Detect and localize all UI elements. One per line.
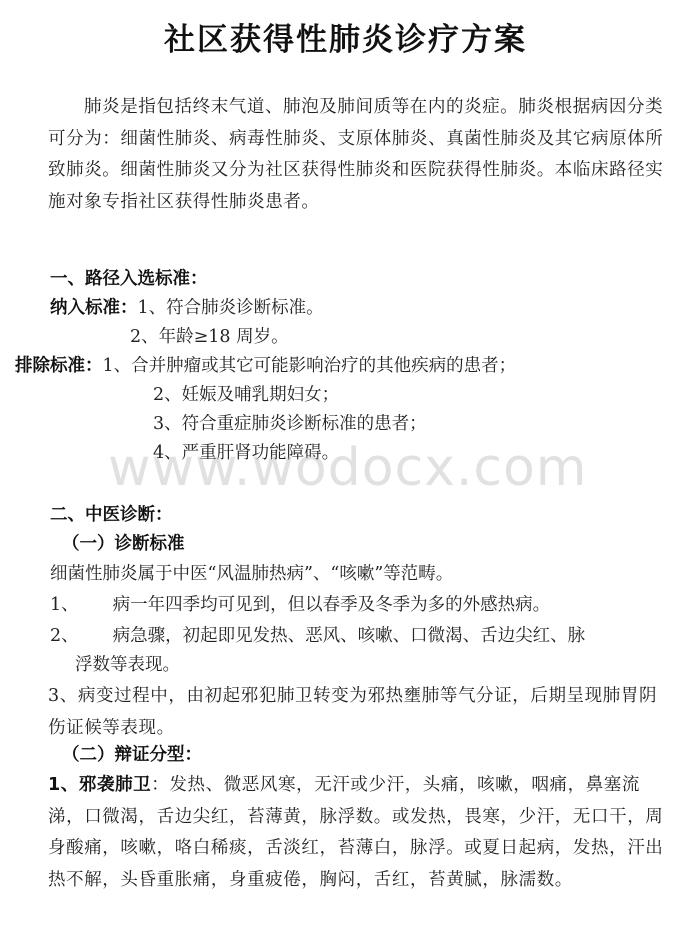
item-text: 病急骤，初起即见发热、恶风、咳嗽、口微渴、舌边尖红、脉 — [113, 626, 586, 646]
item-number: 3、 — [48, 686, 78, 706]
item-text: 病变过程中，由初起邪犯肺卫转变为邪热壅肺等气分证，后期呈现肺胃阴伤证候等表现。 — [48, 686, 657, 738]
document-title: 社区获得性肺炎诊疗方案 — [0, 14, 691, 59]
syndrome-type-1: 1、邪袭肺卫：发热、微恶风寒，无汗或少汗，头痛，咳嗽，咽痛，鼻塞流涕，口微渴，舌… — [48, 770, 668, 896]
section2-heading: 二、中医诊断： — [50, 504, 173, 526]
diagnosis-item-2-cont: 浮数等表现。 — [75, 654, 180, 676]
exclusion-criteria-1: 排除标准：1、合并肿瘤或其它可能影响治疗的其他疾病的患者； — [15, 355, 516, 377]
inclusion-label: 纳入标准： — [50, 298, 138, 318]
diagnosis-criteria-heading: （一）诊断标准 — [62, 533, 185, 555]
syndrome-types-heading: （二）辩证分型： — [62, 744, 202, 766]
document-page: 社区获得性肺炎诊疗方案 肺炎是指包括终末气道、肺泡及肺间质等在内的炎症。肺炎根据… — [0, 0, 691, 934]
section1-heading: 一、路径入选标准： — [50, 268, 208, 290]
exclusion-item: 4、严重肝肾功能障碍。 — [153, 442, 339, 464]
exclusion-item: 2、妊娠及哺乳期妇女； — [153, 384, 339, 406]
item-number: 2、 — [50, 626, 79, 646]
exclusion-item: 3、符合重症肺炎诊断标准的患者； — [153, 413, 427, 435]
item-text: 病一年四季均可见到，但以春季及冬季为多的外感热病。 — [113, 595, 551, 615]
separator: ： — [151, 775, 169, 795]
exclusion-item: 1、合并肿瘤或其它可能影响治疗的其他疾病的患者； — [103, 356, 517, 376]
diagnosis-lead: 细菌性肺炎属于中医“风温肺热病”、“咳嗽”等范畴。 — [50, 563, 453, 585]
item-number: 1、 — [50, 595, 79, 615]
exclusion-label: 排除标准： — [15, 356, 103, 376]
inclusion-item: 2、年龄≥18 周岁。 — [130, 326, 289, 348]
inclusion-item: 1、符合肺炎诊断标准。 — [138, 298, 324, 318]
syndrome-label: 1、邪袭肺卫 — [48, 775, 151, 795]
diagnosis-item-1: 1、病一年四季均可见到，但以春季及冬季为多的外感热病。 — [50, 594, 550, 616]
intro-paragraph: 肺炎是指包括终末气道、肺泡及肺间质等在内的炎症。肺炎根据病因分类可分为：细菌性肺… — [48, 92, 678, 218]
diagnosis-item-2: 2、病急骤，初起即见发热、恶风、咳嗽、口微渴、舌边尖红、脉 — [50, 625, 585, 647]
inclusion-criteria-1: 纳入标准：1、符合肺炎诊断标准。 — [50, 297, 324, 319]
diagnosis-item-3: 3、病变过程中，由初起邪犯肺卫转变为邪热壅肺等气分证，后期呈现肺胃阴伤证候等表现… — [48, 681, 668, 744]
